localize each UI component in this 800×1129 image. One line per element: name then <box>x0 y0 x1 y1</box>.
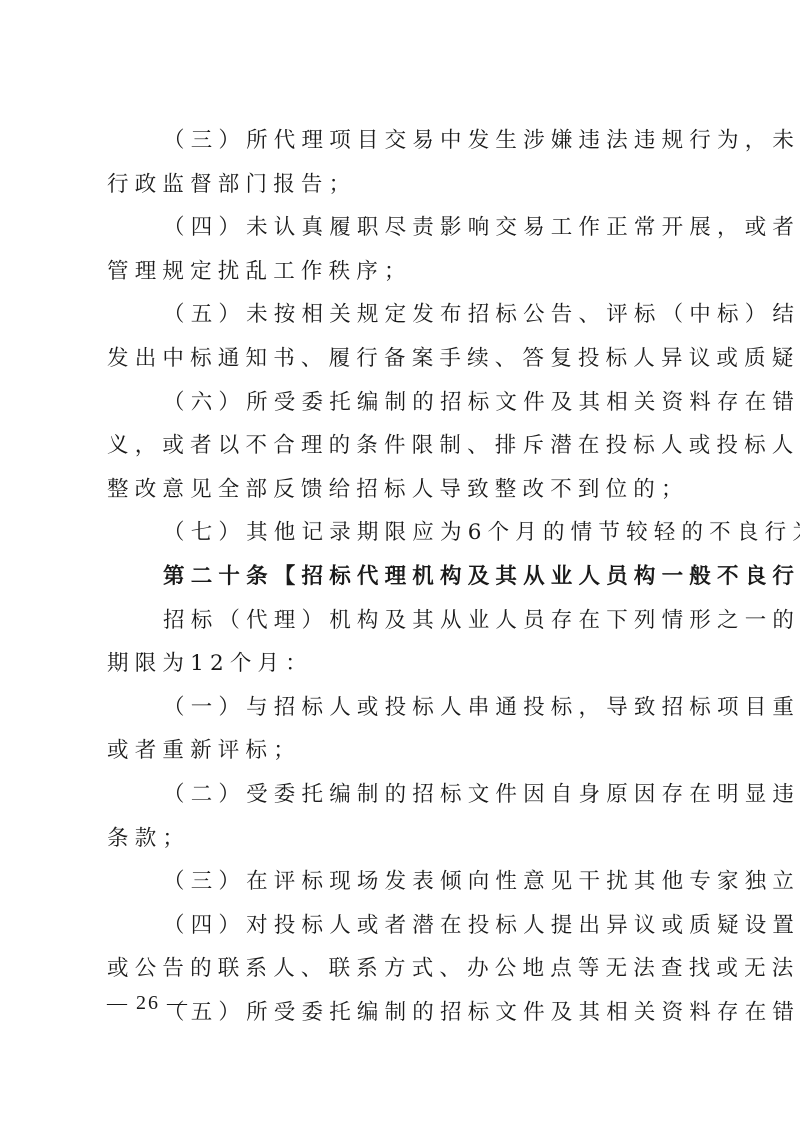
paragraph-line: 条款； <box>107 817 703 861</box>
paragraph-line: 整改意见全部反馈给招标人导致整改不到位的； <box>107 468 703 512</box>
paragraph-line: 或者重新评标； <box>107 729 703 773</box>
paragraph-line: 义，或者以不合理的条件限制、排斥潜在投标人或投标人，未将 <box>107 424 703 468</box>
paragraph-line: 管理规定扰乱工作秩序； <box>107 250 703 294</box>
paragraph-line: 发出中标通知书、履行备案手续、答复投标人异议或质疑等； <box>107 337 703 381</box>
paragraph-line: （四）对投标人或者潜在投标人提出异议或质疑设置障碍， <box>107 904 703 948</box>
paragraph-line: （六）所受委托编制的招标文件及其相关资料存在错漏、歧 <box>107 381 703 425</box>
paragraph-line: （一）与招标人或投标人串通投标，导致招标项目重新招标 <box>107 686 703 730</box>
paragraph-line: 行政监督部门报告； <box>107 163 703 207</box>
article-heading: 第二十条【招标代理机构及其从业人员构一般不良行为】 <box>107 555 703 599</box>
paragraph-line: 期限为12个月： <box>107 642 703 686</box>
paragraph-line: （三）所代理项目交易中发生涉嫌违法违规行为，未及时向 <box>107 119 703 163</box>
document-body: （三）所代理项目交易中发生涉嫌违法违规行为，未及时向 行政监督部门报告； （四）… <box>107 119 703 1034</box>
page-number: — 26 — <box>107 992 189 1015</box>
paragraph-line: （二）受委托编制的招标文件因自身原因存在明显违法违规 <box>107 773 703 817</box>
paragraph-line: 或公告的联系人、联系方式、办公地点等无法查找或无法联系； <box>107 947 703 991</box>
paragraph-line: （五）所受委托编制的招标文件及其相关资料存在错漏、歧 <box>107 991 703 1035</box>
paragraph-line: 招标（代理）机构及其从业人员存在下列情形之一的，记录 <box>107 599 703 643</box>
paragraph-line: （三）在评标现场发表倾向性意见干扰其他专家独立评审； <box>107 860 703 904</box>
paragraph-line: （五）未按相关规定发布招标公告、评标（中标）结果公告、 <box>107 293 703 337</box>
paragraph-line: （四）未认真履职尽责影响交易工作正常开展，或者不遵守 <box>107 206 703 250</box>
paragraph-line: （七）其他记录期限应为6个月的情节较轻的不良行为。 <box>107 511 703 555</box>
